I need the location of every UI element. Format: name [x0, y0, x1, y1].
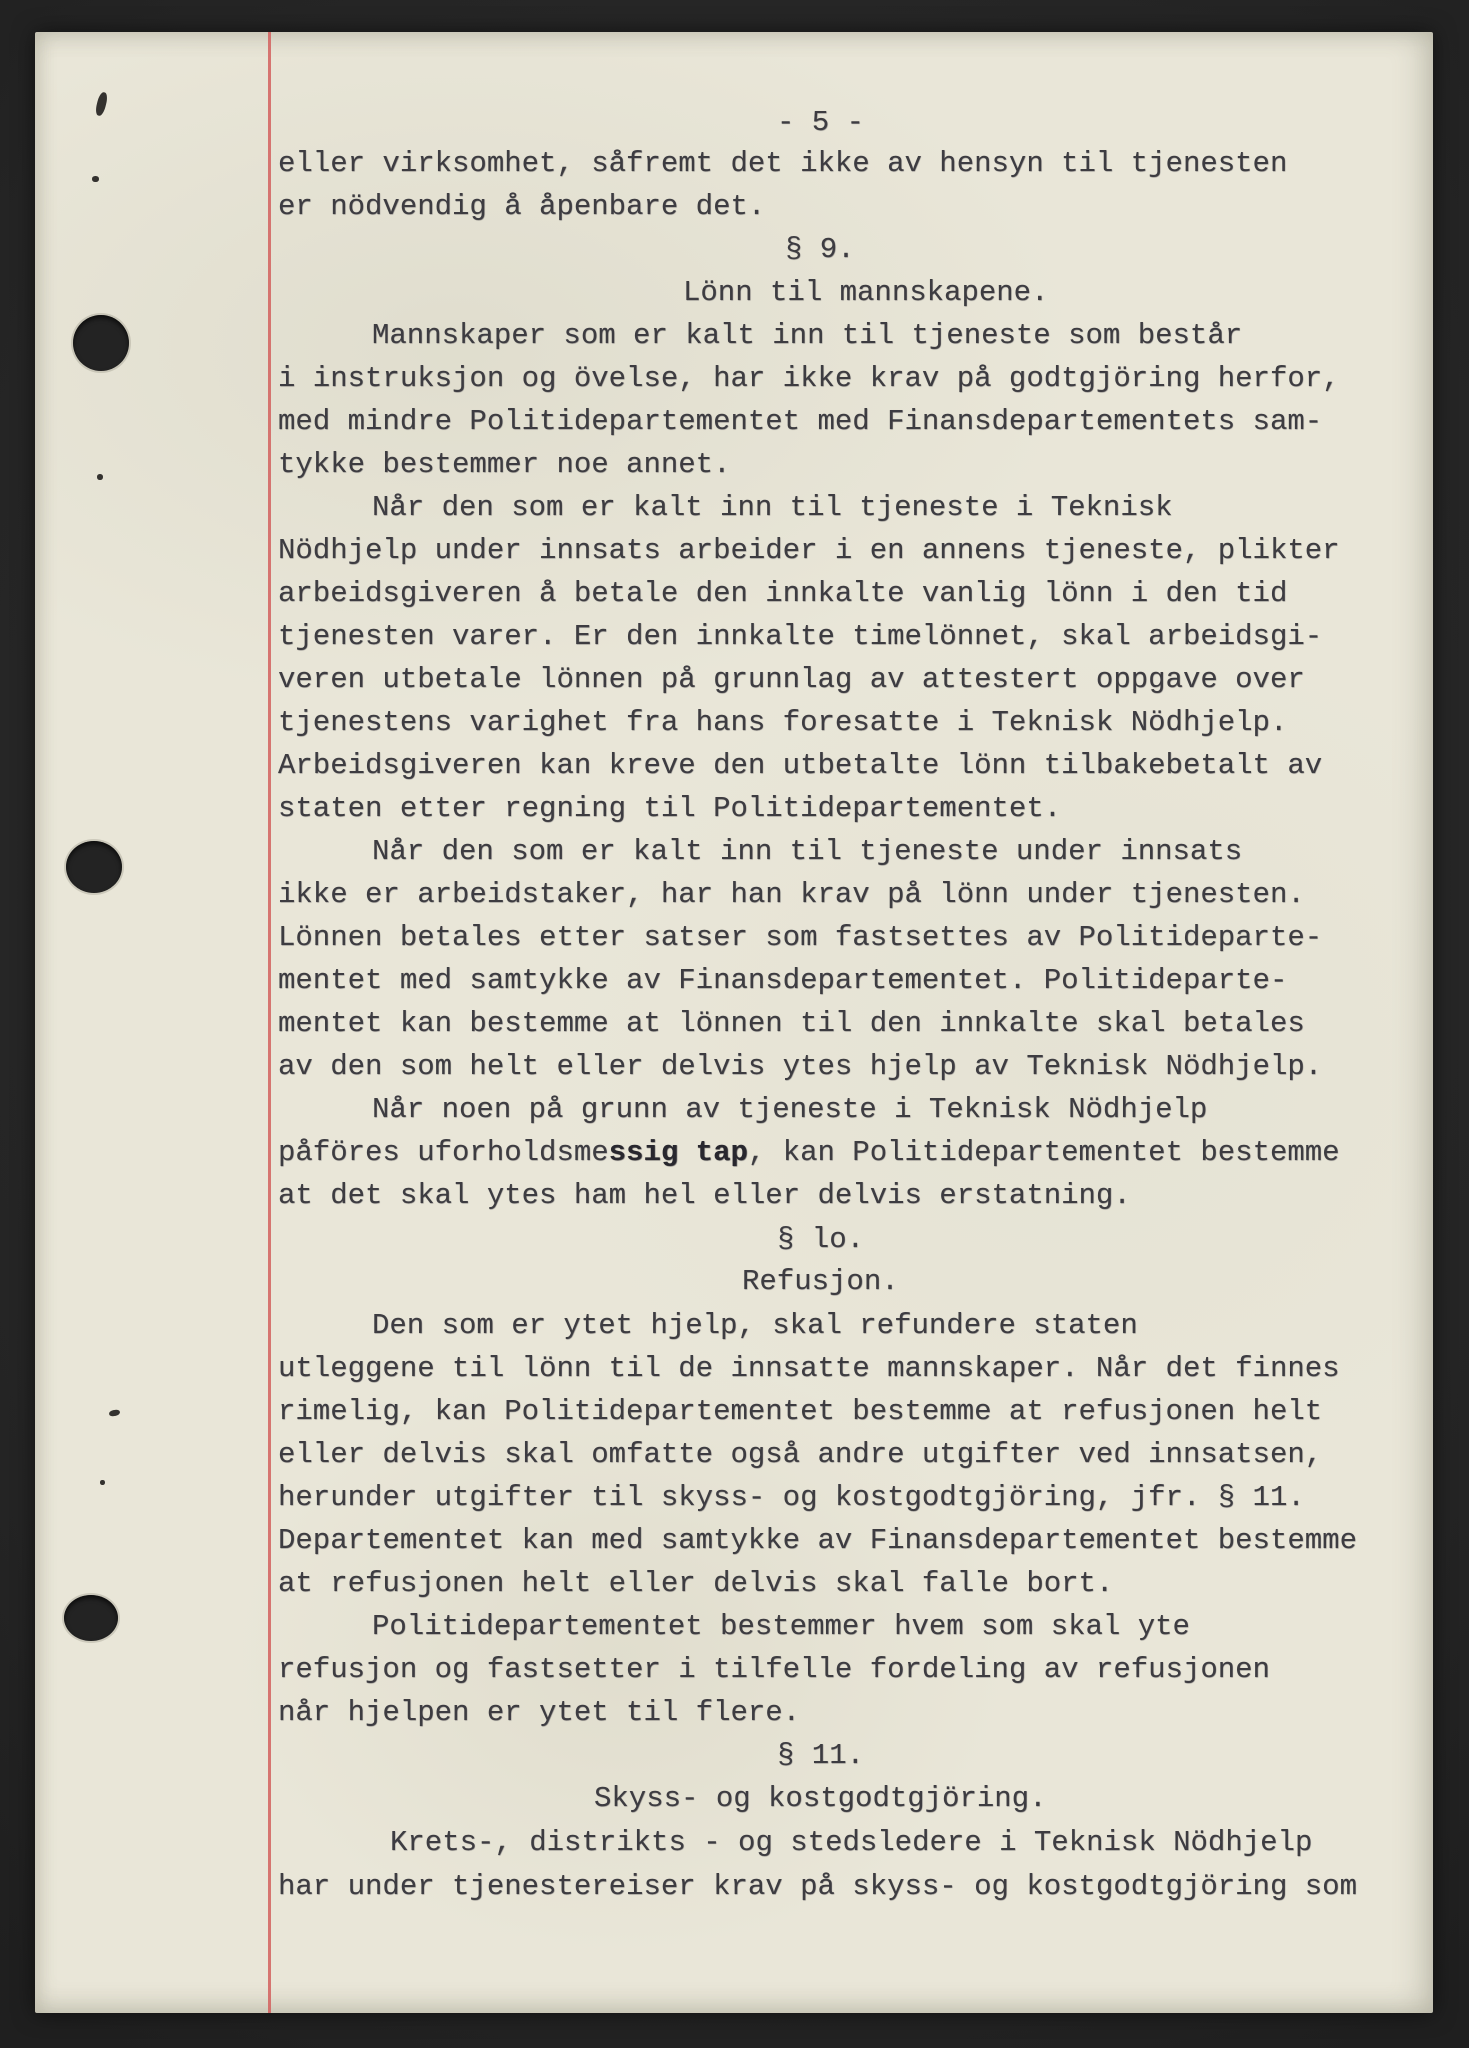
- body-line: av den som helt eller delvis ytes hjelp …: [278, 1050, 1322, 1084]
- scan-background: - 5 -eller virksomhet, såfremt det ikke …: [0, 0, 1469, 2048]
- body-line: Når den som er kalt inn til tjeneste i T…: [372, 491, 1173, 525]
- body-line: påföres uforholdsmessig tap, kan Politid…: [278, 1136, 1340, 1170]
- section-number: § 11.: [777, 1739, 864, 1773]
- punch-hole: [73, 315, 129, 371]
- section-number: § lo.: [777, 1223, 864, 1257]
- body-line: Når noen på grunn av tjeneste i Teknisk …: [372, 1093, 1207, 1127]
- body-line: mentet kan bestemme at lönnen til den in…: [278, 1007, 1305, 1041]
- body-line: veren utbetale lönnen på grunnlag av att…: [278, 663, 1305, 697]
- body-line: Departementet kan med samtykke av Finans…: [278, 1524, 1357, 1558]
- body-line: refusjon og fastsetter i tilfelle fordel…: [278, 1653, 1270, 1687]
- margin-line: [268, 32, 271, 2013]
- section-title: Skyss- og kostgodtgjöring.: [594, 1782, 1046, 1816]
- body-line: Politidepartementet bestemmer hvem som s…: [372, 1610, 1190, 1644]
- paper-speck: [100, 1480, 105, 1485]
- section-title: Lönn til mannskapene.: [683, 276, 1048, 310]
- paper-sheet: - 5 -eller virksomhet, såfremt det ikke …: [35, 32, 1433, 2013]
- body-line: Når den som er kalt inn til tjeneste und…: [372, 835, 1242, 869]
- body-line: utleggene til lönn til de innsatte manns…: [278, 1352, 1340, 1386]
- body-line: når hjelpen er ytet til flere.: [278, 1696, 800, 1730]
- body-line: tjenesten varer. Er den innkalte timelön…: [278, 620, 1322, 654]
- body-line: Lönnen betales etter satser som fastsett…: [278, 921, 1322, 955]
- body-line: i instruksjon og övelse, har ikke krav p…: [278, 362, 1340, 396]
- body-line: at refusjonen helt eller delvis skal fal…: [278, 1567, 1113, 1601]
- body-line: Arbeidsgiveren kan kreve den utbetalte l…: [278, 749, 1322, 783]
- punch-hole: [66, 841, 122, 893]
- page-number: - 5 -: [777, 106, 864, 140]
- body-line: Den som er ytet hjelp, skal refundere st…: [372, 1309, 1138, 1343]
- body-line: Mannskaper som er kalt inn til tjeneste …: [372, 319, 1242, 353]
- section-number: § 9.: [785, 233, 855, 267]
- body-line: at det skal ytes ham hel eller delvis er…: [278, 1179, 1131, 1213]
- body-line: herunder utgifter til skyss- og kostgodt…: [278, 1481, 1305, 1515]
- punch-hole: [64, 1595, 118, 1641]
- paper-speck: [92, 176, 99, 182]
- body-line: Nödhjelp under innsats arbeider i en ann…: [278, 534, 1340, 568]
- body-line: ikke er arbeidstaker, har han krav på lö…: [278, 878, 1305, 912]
- body-line: med mindre Politidepartementet med Finan…: [278, 405, 1322, 439]
- section-title: Refusjon.: [742, 1265, 899, 1299]
- body-line: har under tjenestereiser krav på skyss- …: [278, 1870, 1357, 1904]
- body-line: rimelig, kan Politidepartementet bestemm…: [278, 1395, 1322, 1429]
- body-line: mentet med samtykke av Finansdepartement…: [278, 964, 1287, 998]
- body-line: staten etter regning til Politideparteme…: [278, 792, 1061, 826]
- body-line: arbeidsgiveren å betale den innkalte van…: [278, 577, 1287, 611]
- body-line: eller delvis skal omfatte også andre utg…: [278, 1438, 1322, 1472]
- body-line: tykke bestemmer noe annet.: [278, 448, 730, 482]
- body-line: eller virksomhet, såfremt det ikke av he…: [278, 147, 1287, 181]
- body-line: Krets-, distrikts - og stedsledere i Tek…: [390, 1826, 1312, 1860]
- body-line: er nödvendig å åpenbare det.: [278, 190, 765, 224]
- body-line: tjenestens varighet fra hans foresatte i…: [278, 706, 1287, 740]
- paper-speck: [97, 474, 103, 480]
